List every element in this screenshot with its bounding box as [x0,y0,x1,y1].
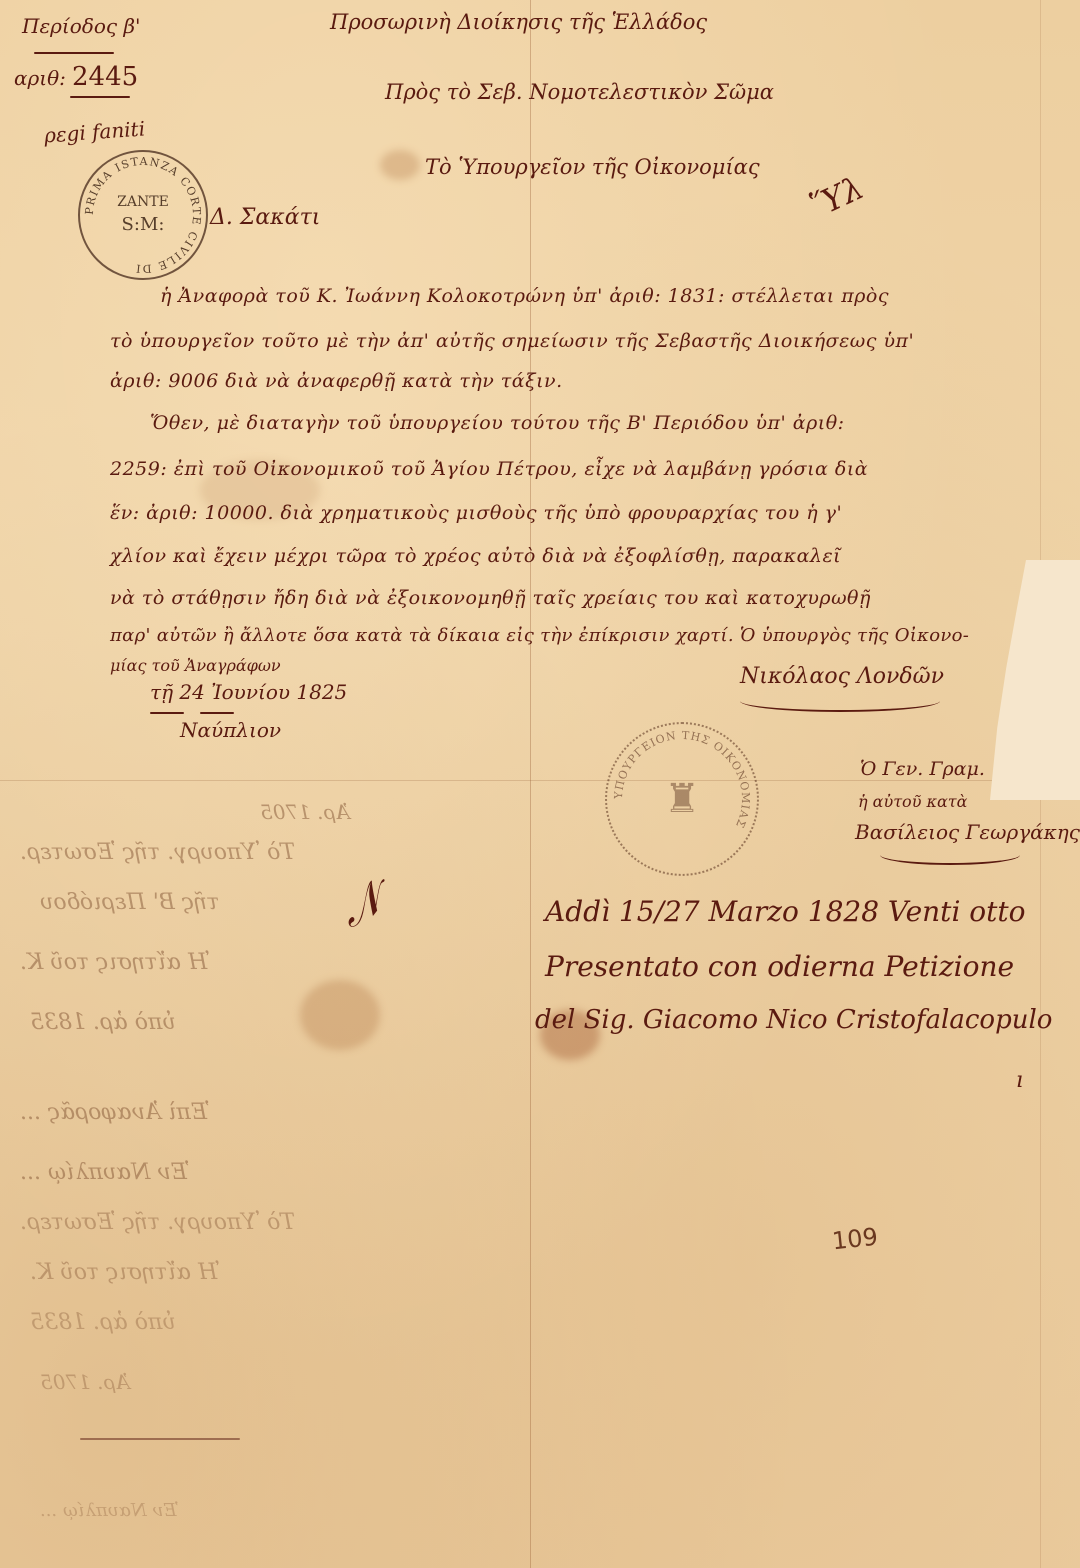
body-line-6: ἕν: ἀριθ: 10000. διὰ χρηματικοὺς μισθοὺς… [110,502,842,524]
bleed-through-text: τῆς Β' Περιόδου [40,890,220,915]
body-line-3: ἀριθ: 9006 διὰ νὰ ἀναφερθῇ κατὰ τὴν τάξι… [110,370,563,392]
salutation: Δ. Σακάτι [210,205,320,230]
bleed-through-text: Ἐπὶ Ἀναφορᾶς ... [20,1100,210,1125]
italian-line-3: del Sig. Giacomo Nico Cristofalacopulo [535,1005,1052,1035]
reference-number: 2445 [72,62,138,92]
place: Ναύπλιον [180,718,281,742]
italian-line-2: Presentato con odierna Petizione [545,950,1014,983]
bleed-through-text: Ἐν Ναυπλίῳ ... [40,1500,179,1521]
svg-text:ΥΠΟΥΡΓΕΙΟΝ ΤΗΣ ΟΙΚΟΝΟΜΙΑΣ: ΥΠΟΥΡΓΕΙΟΝ ΤΗΣ ΟΙΚΟΝΟΜΙΑΣ [612,729,752,830]
bleed-through-text: ὑπὸ ἀρ. 1835 [30,1010,176,1035]
period-note: Περίοδος β' [22,14,141,38]
number-label: αριθ: [14,66,66,90]
stain [380,150,420,180]
fold-line-vertical [530,0,531,1568]
bleed-through-text: ὑπὸ ἀρ. 1835 [30,1310,176,1335]
signature-flourish [880,845,1020,865]
underline [70,96,130,98]
bleed-through-text: Ἡ αἴτησις τοῦ Κ. [20,950,210,975]
stamp-ring-text: ΥΠΟΥΡΓΕΙΟΝ ΤΗΣ ΟΙΚΟΝΟΜΙΑΣ [607,724,757,874]
svg-text:PRIMA ISTANZA CORTE CIVILE DI: PRIMA ISTANZA CORTE CIVILE DI [83,155,203,275]
secretary-signature: Βασίλειος Γεωργάκης [855,820,1080,844]
fold-line-horizontal [0,780,1080,781]
body-line-10: μίας τοῦ Ἀναγράφων [110,656,281,675]
body-line-4: Ὅθεν, μὲ διαταγὴν τοῦ ὑπουργείου τούτου … [150,412,845,434]
stain [300,980,380,1050]
bleed-through-text: Τὸ Ὑπουργ. τῆς Ἐσωτερ. [20,1210,295,1235]
body-line-7: χλίον καὶ ἔχειν μέχρι τῶρα τὸ χρέος αὐτὸ… [110,545,841,567]
page-number: 109 [831,1223,879,1256]
italian-line-1: Addì 15/27 Marzo 1828 Venti otto [545,895,1026,928]
header-line-2: Πρὸς τὸ Σεβ. Νομοτελεστικὸν Σῶμα [385,80,774,104]
bleed-through-text: Ἀρ. 1705 [260,800,350,824]
body-line-1: ἡ Ἀναφορὰ τοῦ Κ. Ἰωάννη Κολοκοτρώνη ὑπ' … [160,285,889,307]
underline [200,712,234,714]
bleed-through-text: Ἡ αἴτησις τοῦ Κ. [30,1260,220,1285]
body-line-8: νὰ τὸ στάθῃσιν ἤδη διὰ νὰ ἐξοικονομηθῇ τ… [110,587,871,609]
underline [150,712,184,714]
header-line-1: Προσωρινὴ Διοίκησις τῆς Ἑλλάδος [330,10,707,34]
header-line-3: Τὸ Ὑπουργεῖον τῆς Οἰκονομίας [425,155,760,179]
secretary-line-1: Ὁ Γεν. Γραμ. [860,758,985,780]
body-line-9: παρ' αὐτῶν ἢ ἄλλοτε ὅσα κατὰ τὰ δίκαια ε… [110,625,969,646]
stamp-ring-text: PRIMA ISTANZA CORTE CIVILE DI [80,152,206,278]
bleed-through-text: Ἐν Ναυπλίῳ ... [20,1160,190,1185]
date-line: τῇ 24 Ἰουνίου 1825 [150,680,347,704]
underline [34,52,114,54]
body-line-5: 2259: ἐπὶ τοῦ Οἰκονομικοῦ τοῦ Ἁγίου Πέτρ… [110,458,868,480]
bleed-through-text: Τὸ Ὑπουργ. τῆς Ἐσωτερ. [20,840,295,865]
minister-signature: Νικόλαος Λονδῶν [740,664,944,689]
bleed-through-text: Ἀρ. 1705 [40,1370,130,1394]
body-line-2: τὸ ὑπουργεῖον τοῦτο μὲ τὴν ἀπ' αὐτῆς σημ… [110,330,914,352]
pencil-mark: ı [1016,1068,1023,1093]
court-stamp: ZANTE S:M: PRIMA ISTANZA CORTE CIVILE DI [78,150,208,280]
signature-flourish [740,690,940,712]
secretary-line-2: ἡ αὐτοῦ κατὰ [858,792,967,811]
ministry-stamp: ΥΠΟΥΡΓΕΙΟΝ ΤΗΣ ΟΙΚΟΝΟΜΙΑΣ ♜ [605,722,759,876]
bleed-through-underline [80,1438,240,1440]
